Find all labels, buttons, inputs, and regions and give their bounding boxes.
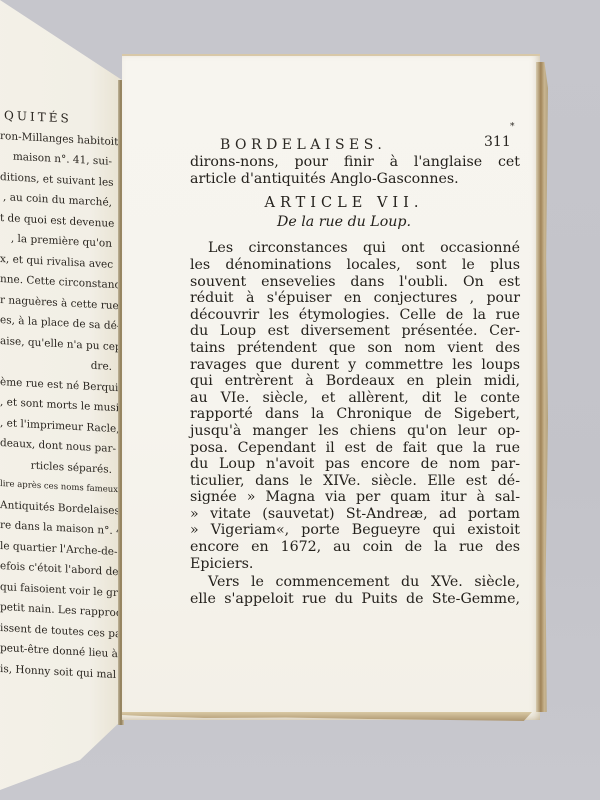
text-line: réduit à s'épuiser en conjectures , pour: [190, 290, 520, 307]
text-line: Epiciers.: [190, 556, 520, 573]
text-line: découvrir les étymologies. Celle de la r…: [190, 307, 520, 324]
article-subtitle: De la rue du Loup.: [190, 214, 520, 231]
page-number: 311: [484, 134, 511, 150]
text-line: posa. Cependant il est de fait que la ru…: [190, 440, 520, 457]
fore-edge: [536, 62, 548, 712]
text-line: ticulier, dans le XIVe. siècle. Elle est…: [190, 473, 520, 490]
signature-mark: *: [510, 122, 515, 132]
text-line: article d'antiquités Anglo-Gasconnes.: [190, 171, 520, 188]
paragraph-1: Les circonstances qui ont occasionnéles …: [190, 240, 520, 572]
text-line: Les circonstances qui ont occasionné: [190, 240, 520, 257]
text-line: rapporté dans la Chronique de Sigebert,: [190, 406, 520, 423]
text-line: du Loup n'avoit pas encore de nom par-: [190, 456, 520, 473]
text-line: signée » Magna via per quam itur à sal-: [190, 489, 520, 506]
text-line: souvent ensevelies dans l'oubli. On est: [190, 274, 520, 291]
text-line: dirons-nons, pour finir à l'anglaise cet: [190, 154, 520, 171]
text-line: » vitate (sauvetat) St-Andreæ, ad portam: [190, 506, 520, 523]
text-line: au VIe. siècle, et allèrent, dit le cont…: [190, 390, 520, 407]
running-head: BORDELAISES.: [220, 137, 386, 153]
article-title: ARTICLE VII.: [190, 195, 520, 212]
page-blank-margin: [150, 630, 510, 700]
text-line: elle s'appeloit rue du Puits de Ste-Gemm…: [190, 591, 520, 608]
right-page-text: dirons-nons, pour finir à l'anglaise cet…: [190, 154, 520, 607]
text-line: Vers le commencement du XVe. siècle,: [190, 574, 520, 591]
paragraph-2: Vers le commencement du XVe. siècle,elle…: [190, 574, 520, 607]
text-line: tains prétendent que son nom vient des: [190, 340, 520, 357]
deckle-bottom-edge: [122, 712, 532, 722]
text-line: qui entrèrent à Bordeaux en plein midi,: [190, 373, 520, 390]
text-line: ravages que durent y commettre les loups: [190, 357, 520, 374]
text-line: du Loup est diversement présentée. Cer-: [190, 323, 520, 340]
text-line: encore en 1672, au coin de la rue des: [190, 539, 520, 556]
text-line: jusqu'à manger les chiens qu'on leur op-: [190, 423, 520, 440]
left-page-text: QUITÉS ron-Millanges habitoitmaison n°. …: [0, 105, 118, 685]
left-page-lines: ron-Millanges habitoitmaison n°. 41, sui…: [0, 126, 118, 686]
text-line: » Vigeriam«, porte Begueyre qui existoit: [190, 522, 520, 539]
text-line: les dénominations locales, sont le plus: [190, 257, 520, 274]
